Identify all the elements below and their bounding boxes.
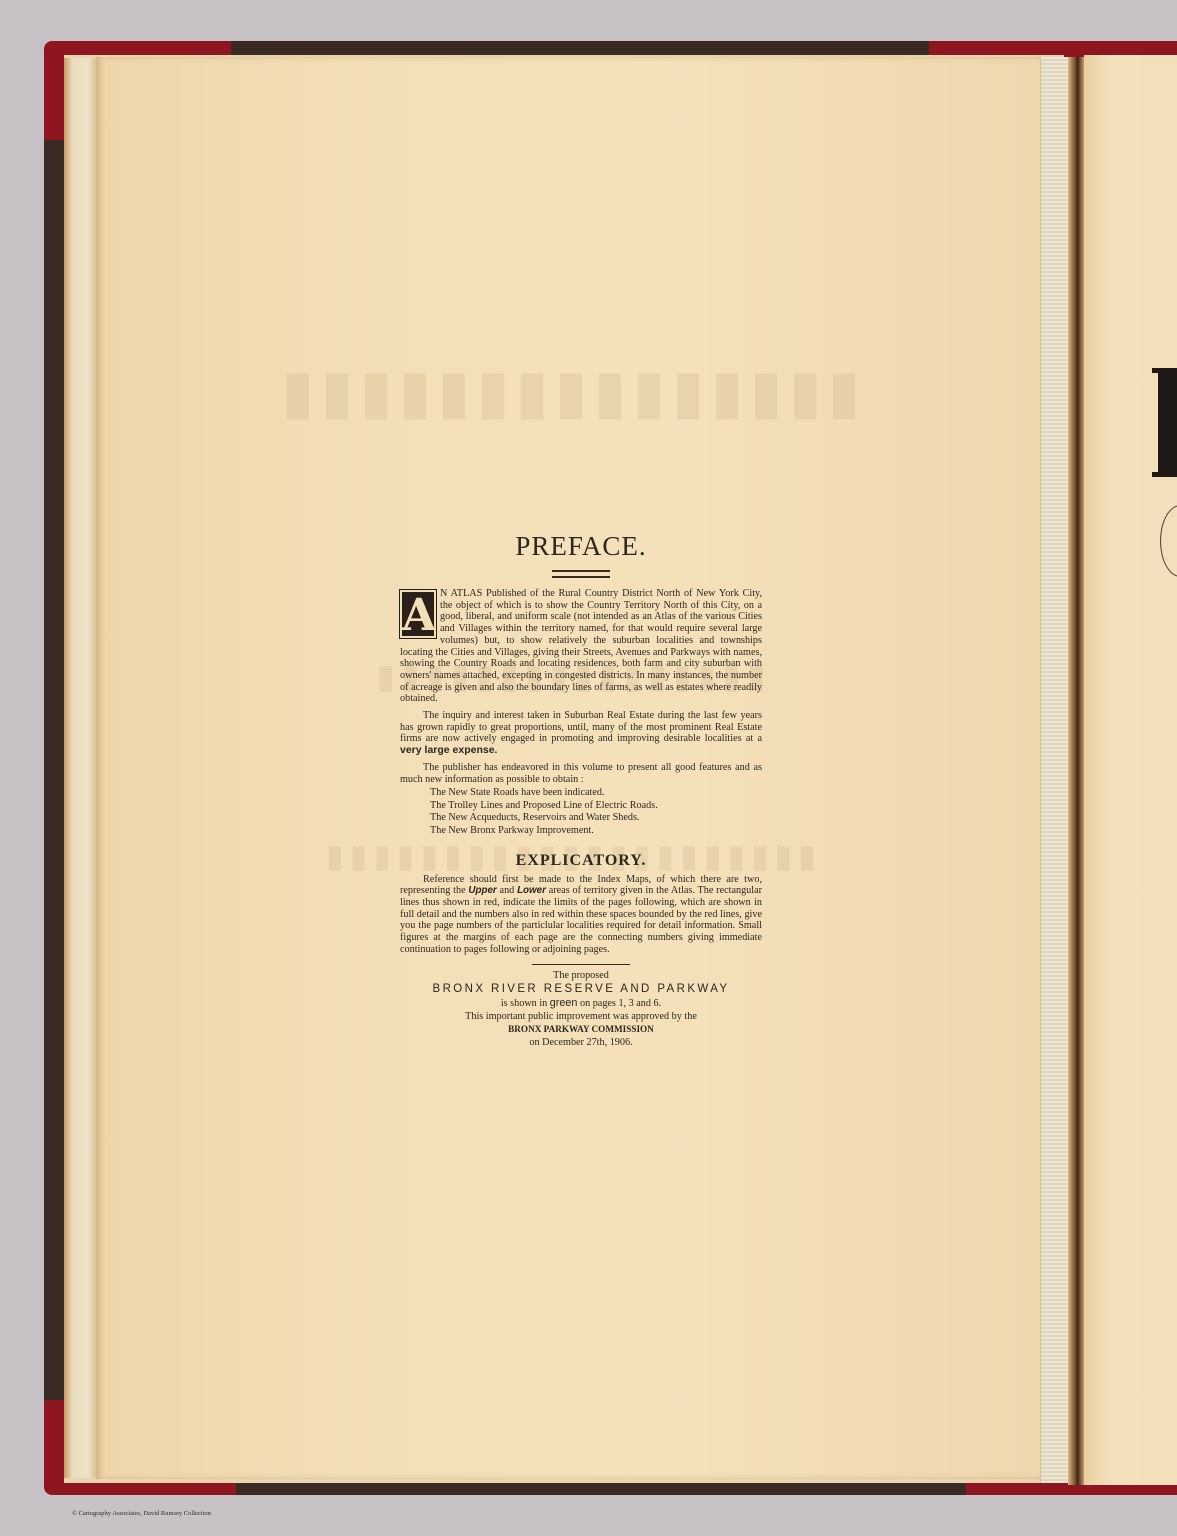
preface-paragraph-2-text: The inquiry and interest taken in Suburb… [400,710,762,744]
show-through-text: ▮▮▮▮▮▮▮▮▮▮▮▮▮▮▮ [96,357,1040,427]
right-page [1084,55,1177,1485]
explicatory-heading: EXPLICATORY. [400,852,762,870]
cover-spine-band-left [44,140,64,1400]
notice-line-3: is shown in green on pages 1, 3 and 6. [400,997,762,1010]
feature-item: The New Acqueducts, Reservoirs and Water… [400,812,762,825]
emphasis-text: very large expense. [400,744,497,756]
endpaper-stub [64,58,98,1478]
explicatory-text: and [497,885,517,896]
upper-emphasis: Upper [468,885,496,896]
feature-item: The Trolley Lines and Proposed Line of E… [400,800,762,813]
notice-date: on December 27th, 1906. [400,1036,762,1049]
explicatory-paragraph: Reference should first be made to the In… [400,874,762,956]
preface-paragraph-1: AN ATLAS Published of the Rural Country … [400,588,762,705]
preface-text-block: PREFACE. AN ATLAS Published of the Rural… [400,528,762,1050]
notice-text: on pages 1, 3 and 6. [577,998,661,1009]
copyright-credit: © Cartography Associates, David Rumsey C… [72,1510,211,1517]
right-page-title-letter [1158,368,1177,476]
double-rule-divider [552,570,610,578]
notice-line-4: This important public improvement was ap… [400,1010,762,1023]
preface-paragraph-3: The publisher has endeavored in this vol… [400,762,762,785]
preface-heading: PREFACE. [400,528,762,564]
right-page-title-letter-serif [1152,368,1177,373]
lower-emphasis: Lower [517,885,546,896]
right-page-title-letter-serif [1152,472,1177,477]
preface-paragraph-1-text: N ATLAS Published of the Rural Country D… [400,588,762,704]
features-list: The New State Roads have been indicated.… [400,787,762,837]
feature-item: The New Bronx Parkway Improvement. [400,825,762,838]
rule-divider [532,964,630,965]
notice-line-1: The proposed [400,969,762,982]
cover-spine-band-top [231,41,929,55]
illuminated-dropcap-icon: A [400,590,436,638]
notice-parkway-title: BRONX RIVER RESERVE AND PARKWAY [400,982,762,997]
binding-cloth [1040,57,1069,1483]
green-word: green [550,997,578,1009]
notice-commission: BRONX PARKWAY COMMISSION [400,1023,762,1036]
preface-paragraph-2: The inquiry and interest taken in Suburb… [400,710,762,757]
notice-text: is shown in [501,998,550,1009]
feature-item: The New State Roads have been indicated. [400,787,762,800]
gutter [1068,57,1084,1485]
